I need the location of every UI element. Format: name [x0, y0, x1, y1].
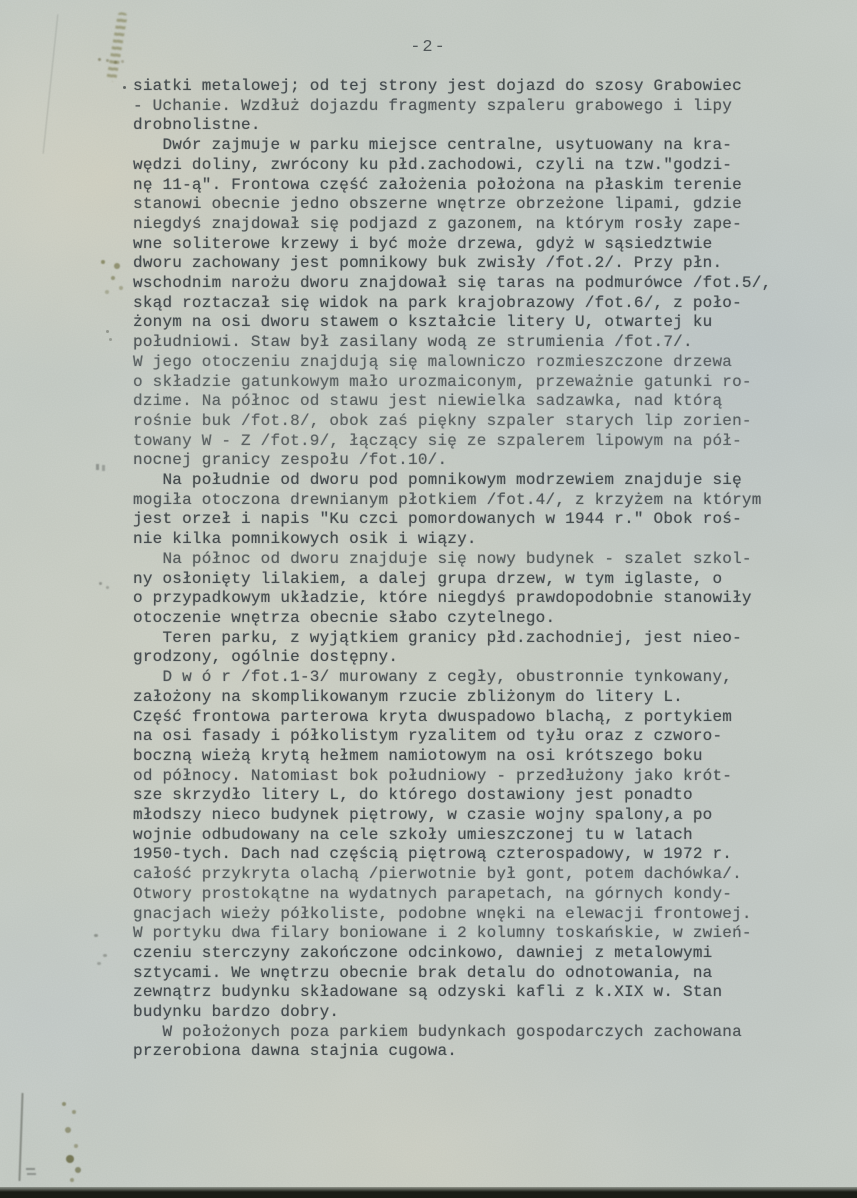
- text-line: grodzony, ogólnie dostępny.: [133, 648, 813, 668]
- text-line: Na południe od dworu pod pomnikowym modr…: [133, 471, 813, 491]
- text-line: młodszy nieco budynek piętrowy, w czasie…: [133, 806, 813, 826]
- scanned-document-page: -2- siatki metalowej; od tej strony jest…: [0, 0, 857, 1198]
- text-line: jest orzeł i napis "Ku czci pomordowanyc…: [133, 510, 813, 530]
- text-line: Otwory prostokątne na wydatnych parapeta…: [133, 885, 813, 905]
- stray-dot: [123, 86, 126, 89]
- text-line: zewnątrz budynku składowane są odzyski k…: [133, 983, 813, 1003]
- text-line: założony na skomplikowanym rzucie zbliżo…: [133, 688, 813, 708]
- text-line: skąd roztaczał się widok na park krajobr…: [133, 294, 813, 314]
- text-line: wojnie odbudowany na cele szkoły umieszc…: [133, 826, 813, 846]
- text-line: stanowi obecnie jedno obszerne wnętrze o…: [133, 195, 813, 215]
- ink-speck-row: [98, 58, 101, 61]
- text-line: rośnie buk /fot.8/, obok zaś piękny szpa…: [133, 412, 813, 432]
- text-line: Na północ od dworu znajduje się nowy bud…: [133, 550, 813, 570]
- text-line: budynku bardzo dobry.: [133, 1003, 813, 1023]
- text-line: sztycami. We wnętrzu obecnie brak detalu…: [133, 964, 813, 984]
- text-line: towany W - Z /fot.9/, łączący się ze szp…: [133, 432, 813, 452]
- text-line: wne soliterowe krzewy i być może drzewa,…: [133, 235, 813, 255]
- ink-speck: [94, 934, 98, 937]
- typewritten-text: siatki metalowej; od tej strony jest doj…: [133, 77, 813, 1062]
- text-line: gnacjach wieży półkoliste, podobne wnęki…: [133, 905, 813, 925]
- text-line: mogiła otoczona drewnianym płotkiem /fot…: [133, 491, 813, 511]
- text-line: - Uchanie. Wzdłuż dojazdu fragmenty szpa…: [133, 97, 813, 117]
- text-line: o składzie gatunkowym mało urozmaiconym,…: [133, 373, 813, 393]
- text-line: żonym na osi dworu stawem o kształcie li…: [133, 313, 813, 333]
- scratch-line: [18, 1093, 23, 1181]
- scratch-line: [43, 14, 59, 153]
- text-line: Dwór zajmuje w parku miejsce centralne, …: [133, 136, 813, 156]
- text-line: nocnej granicy zespołu /fot.10/.: [133, 451, 813, 471]
- text-line: od północy. Natomiast bok południowy - p…: [133, 767, 813, 787]
- text-line: ny osłonięty lilakiem, a dalej grupa drz…: [133, 570, 813, 590]
- text-line: drobnolistne.: [133, 116, 813, 136]
- text-line: dzime. Na północ od stawu jest niewielka…: [133, 392, 813, 412]
- text-line: przerobiona dawna stajnia cugowa.: [133, 1042, 813, 1062]
- text-line: boczną wieżą krytą hełmem namiotowym na …: [133, 747, 813, 767]
- margin-mark: [96, 464, 99, 470]
- text-line: siatki metalowej; od tej strony jest doj…: [133, 77, 813, 97]
- text-line: W jego otoczeniu znajdują się malowniczo…: [133, 353, 813, 373]
- text-line: Teren parku, z wyjątkiem granicy płd.zac…: [133, 629, 813, 649]
- text-line: wędzi doliny, zwrócony ku płd.zachodowi,…: [133, 156, 813, 176]
- text-line: D w ó r /fot.1-3/ murowany z cegły, obus…: [133, 668, 813, 688]
- ink-speck-cluster: [101, 260, 105, 264]
- page-number: -2-: [0, 38, 857, 57]
- text-line: całość przykryta olachą /pierwotnie był …: [133, 865, 813, 885]
- ink-speck: [99, 582, 102, 585]
- text-line: niegdyś znajdował się podjazd z gazonem,…: [133, 215, 813, 235]
- text-line: dworu zachowany jest pomnikowy buk zwisł…: [133, 254, 813, 274]
- text-line: W portyku dwa filary boniowane i 2 kolum…: [133, 924, 813, 944]
- text-line: na osi fasady i półkolistym ryzalitem od…: [133, 727, 813, 747]
- olive-speck-column: [62, 1102, 66, 1106]
- text-line: otoczenie wnętrza obecnie słabo czytelne…: [133, 609, 813, 629]
- margin-mark: [26, 1168, 35, 1170]
- text-line: W położonych poza parkiem budynkach gosp…: [133, 1023, 813, 1043]
- text-line: Część frontowa parterowa kryta dwuspadow…: [133, 708, 813, 728]
- text-line: 1950-tych. Dach nad częścią piętrową czt…: [133, 845, 813, 865]
- text-line: sze skrzydło litery L, do którego dostaw…: [133, 786, 813, 806]
- scan-edge-shadow: [0, 1187, 857, 1198]
- ink-speck: [106, 330, 109, 333]
- text-line: nę 11-ą". Frontowa część założenia położ…: [133, 176, 813, 196]
- text-line: nie kilka pomnikowych osik i wiązy.: [133, 530, 813, 550]
- text-line: czeniu sterczyny zakończone odcinkowo, d…: [133, 944, 813, 964]
- text-line: południowi. Staw był zasilany wodą ze st…: [133, 333, 813, 353]
- text-line: o przypadkowym układzie, które niegdyś p…: [133, 589, 813, 609]
- text-line: wschodnim narożu dworu znajdował się tar…: [133, 274, 813, 294]
